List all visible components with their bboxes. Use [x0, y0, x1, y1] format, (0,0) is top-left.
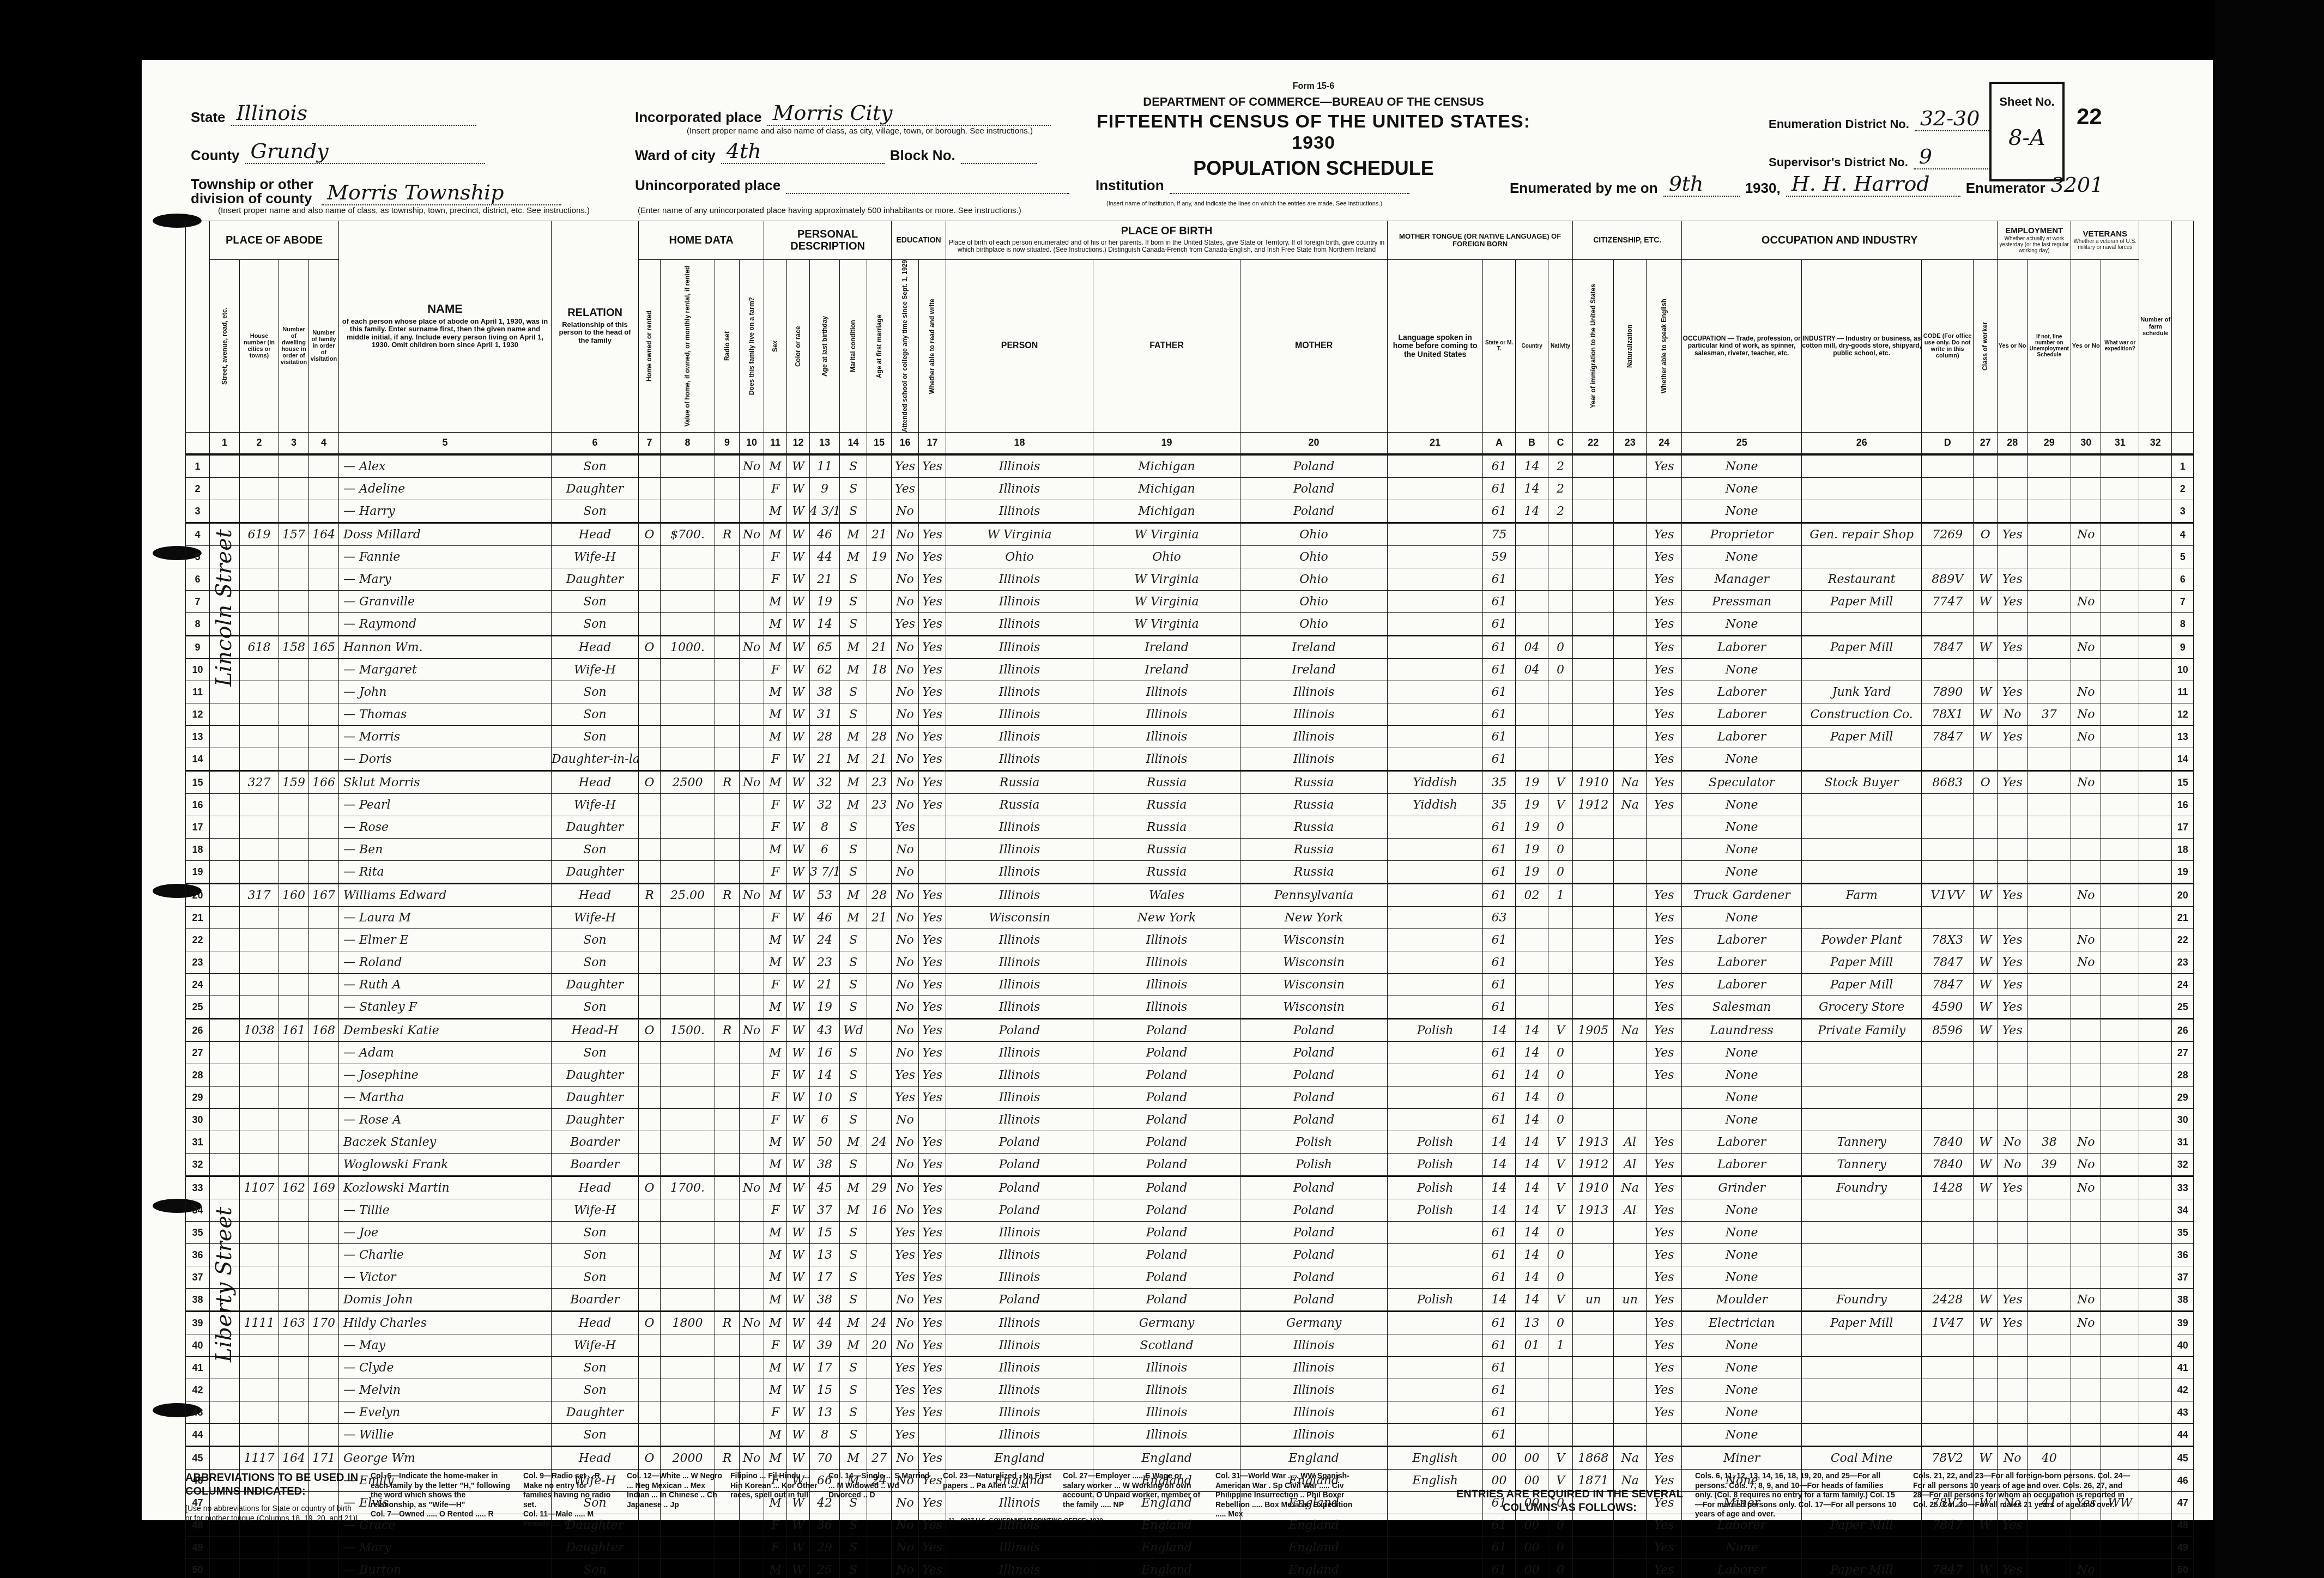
cell-natur: Na [1614, 794, 1647, 816]
cell-vet [2071, 500, 2101, 523]
cell-codeD [1922, 1109, 1974, 1131]
column-number: 14 [840, 433, 867, 455]
cell-war [2101, 1042, 2139, 1064]
cell-value [661, 816, 715, 839]
line-number-right: 36 [2172, 1244, 2194, 1266]
cell-marital: S [840, 816, 867, 839]
cell-natur [1614, 884, 1647, 907]
cell-house [240, 546, 279, 568]
cell-codeD [1922, 839, 1974, 861]
cell-codeB [1516, 1379, 1548, 1401]
cell-name: — Adeline [339, 478, 552, 500]
cell-codeB: 14 [1516, 1266, 1548, 1289]
cell-street [210, 726, 240, 748]
cell-pob: Illinois [946, 816, 1093, 839]
cell-family [309, 1537, 339, 1559]
cell-farm [740, 907, 764, 929]
cell-farmsch [2139, 839, 2172, 861]
cell-age: 10 [810, 1087, 840, 1109]
cell-codeA: 61 [1483, 454, 1516, 478]
cell-marital: S [840, 996, 867, 1019]
cell-value [661, 996, 715, 1019]
cell-age-marr: 21 [867, 907, 892, 929]
table-row: 24— Ruth ADaughterFW21SNoYesIllinoisIlli… [186, 974, 2194, 996]
cell-mother-pob: Illinois [1240, 748, 1388, 771]
cell-sex: M [764, 839, 787, 861]
cell-vet: No [2071, 523, 2101, 546]
cell-vet: No [2071, 1559, 2101, 1578]
cell-codeA: 61 [1483, 996, 1516, 1019]
cell-codeD: 7847 [1922, 951, 1974, 974]
cell-marital: S [840, 1244, 867, 1266]
cell-street [210, 929, 240, 951]
cell-vet: No [2071, 1154, 2101, 1176]
cell-english: Yes [1647, 771, 1682, 794]
cell-house [240, 748, 279, 771]
scan-border-right [2215, 0, 2324, 1578]
line-number-right: 27 [2172, 1042, 2194, 1064]
cell-farm [740, 1087, 764, 1109]
cell-english: Yes [1647, 568, 1682, 591]
cell-radio [715, 861, 740, 884]
cell-mother-pob: Poland [1240, 1289, 1388, 1312]
county-field: County Grundy [191, 139, 485, 164]
table-row: 261038161168Dembeski KatieHead-HO1500.RN… [186, 1019, 2194, 1042]
cell-owned [639, 703, 661, 726]
cell-industry: Restaurant [1802, 568, 1922, 591]
table-row: 18— BenSonMW6SNoIllinoisRussiaRussia6119… [186, 839, 2194, 861]
cell-marital: S [840, 1042, 867, 1064]
cell-value [661, 1131, 715, 1154]
col31-note: Col. 31—World War ..... WW Spanish-Ameri… [1215, 1471, 1357, 1519]
cell-tongue [1388, 839, 1483, 861]
cell-age-marr [867, 839, 892, 861]
cell-name: — Granville [339, 591, 552, 613]
cell-pob: Illinois [946, 884, 1093, 907]
line-number-right: 45 [2172, 1447, 2194, 1470]
cell-pob: Illinois [946, 703, 1093, 726]
cell-cls [1974, 1109, 1998, 1131]
cell-marital: S [840, 1357, 867, 1379]
cell-owned [639, 1266, 661, 1289]
cell-codeB: 14 [1516, 1222, 1548, 1244]
line-number-right: 50 [2172, 1559, 2194, 1578]
cell-war [2101, 613, 2139, 636]
cell-street [210, 861, 240, 884]
cell-vet: No [2071, 636, 2101, 659]
cell-vet [2071, 1222, 2101, 1244]
cell-father-pob: Russia [1093, 861, 1240, 884]
cell-read: Yes [919, 794, 946, 816]
cell-vet [2071, 839, 2101, 861]
cell-occupation: None [1682, 1042, 1802, 1064]
cell-natur [1614, 951, 1647, 974]
line-number: 36 [186, 1244, 210, 1266]
unincorporated-label: Unincorporated place [635, 177, 780, 194]
cell-family [309, 1559, 339, 1578]
cell-house [240, 907, 279, 929]
cell-name: Doss Millard [339, 523, 552, 546]
cell-house: 1111 [240, 1312, 279, 1334]
table-row: 37— VictorSonMW17SYesYesIllinoisPolandPo… [186, 1266, 2194, 1289]
department-name: DEPARTMENT OF COMMERCE—BUREAU OF THE CEN… [1090, 95, 1537, 109]
sex-header: Sex [764, 260, 787, 433]
cell-age-marr [867, 568, 892, 591]
cell-value [661, 1244, 715, 1266]
cell-cls [1974, 1424, 1998, 1447]
cell-relation: Boarder [552, 1131, 639, 1154]
cell-unemp [2028, 636, 2071, 659]
cell-immig [1573, 703, 1614, 726]
cell-age: 17 [810, 1357, 840, 1379]
cell-name: — Doris [339, 748, 552, 771]
cell-immig: 1910 [1573, 1176, 1614, 1199]
cell-name: — Ben [339, 839, 552, 861]
ed-value: 32-30 [1915, 106, 1991, 131]
cell-vet [2071, 816, 2101, 839]
cell-pob: Illinois [946, 951, 1093, 974]
cell-father-pob: W Virginia [1093, 523, 1240, 546]
cell-street [210, 794, 240, 816]
at-work-header: Yes or No [1998, 260, 2028, 433]
line-number-right: 17 [2172, 816, 2194, 839]
cell-radio [715, 1266, 740, 1289]
cell-natur [1614, 929, 1647, 951]
line-number-right: 25 [2172, 996, 2194, 1019]
cell-codeC: 0 [1548, 1087, 1573, 1109]
cell-cls [1974, 816, 1998, 839]
cell-pob: Poland [946, 1019, 1093, 1042]
cell-pob: Illinois [946, 454, 1093, 478]
person-birthplace-header: PERSON [946, 260, 1093, 433]
cell-english: Yes [1647, 1019, 1682, 1042]
cell-house [240, 1289, 279, 1312]
line-number: 2 [186, 478, 210, 500]
cell-atwork: No [1998, 703, 2028, 726]
cell-english: Yes [1647, 1244, 1682, 1266]
column-number: 31 [2101, 433, 2139, 455]
cell-codeC: V [1548, 1154, 1573, 1176]
cell-cls [1974, 1222, 1998, 1244]
war-header: What war or expedition? [2101, 260, 2139, 433]
cell-industry [1802, 839, 1922, 861]
cell-industry [1802, 1401, 1922, 1424]
cell-tongue [1388, 1064, 1483, 1087]
home-value-header: Value of home, if owned, or monthly rent… [661, 260, 715, 433]
cell-marital: M [840, 884, 867, 907]
page-number: 22 [2077, 104, 2102, 130]
cell-name: — Stanley F [339, 996, 552, 1019]
cell-owned: O [639, 1176, 661, 1199]
cell-vet [2071, 1357, 2101, 1379]
cell-radio: R [715, 1312, 740, 1334]
cell-street [210, 771, 240, 794]
cell-name: — Charlie [339, 1244, 552, 1266]
cell-father-pob: Illinois [1093, 1357, 1240, 1379]
cell-farm [740, 659, 764, 681]
cell-farm: No [740, 1312, 764, 1334]
cell-name: Kozlowski Martin [339, 1176, 552, 1199]
cell-occupation: Laborer [1682, 951, 1802, 974]
cell-sex: F [764, 794, 787, 816]
cell-english [1647, 478, 1682, 500]
cell-codeB: 14 [1516, 1199, 1548, 1222]
cell-occupation: Moulder [1682, 1289, 1802, 1312]
line-number: 37 [186, 1266, 210, 1289]
cell-owned [639, 1154, 661, 1176]
cell-immig [1573, 1424, 1614, 1447]
cell-farmsch [2139, 1109, 2172, 1131]
cell-dwelling [279, 500, 309, 523]
cell-vet: No [2071, 884, 2101, 907]
cell-codeD: 7847 [1922, 726, 1974, 748]
cell-age: 38 [810, 1154, 840, 1176]
cell-mother-pob: Illinois [1240, 726, 1388, 748]
cell-school: Yes [892, 478, 919, 500]
cell-natur [1614, 974, 1647, 996]
cell-marital: S [840, 951, 867, 974]
cell-house [240, 974, 279, 996]
cell-family [309, 1131, 339, 1154]
cell-english: Yes [1647, 929, 1682, 951]
cell-codeC [1548, 613, 1573, 636]
cell-codeB: 19 [1516, 816, 1548, 839]
cell-codeC [1548, 1424, 1573, 1447]
cell-name: — Roland [339, 951, 552, 974]
table-row: 43— EvelynDaughterFW13SYesYesIllinoisIll… [186, 1401, 2194, 1424]
cell-industry [1802, 1109, 1922, 1131]
cell-natur [1614, 907, 1647, 929]
cell-atwork [1998, 907, 2028, 929]
cell-cls: W [1974, 1019, 1998, 1042]
cell-mother-pob: Germany [1240, 1312, 1388, 1334]
cell-read: Yes [919, 748, 946, 771]
cell-read: Yes [919, 546, 946, 568]
cell-family: 166 [309, 771, 339, 794]
cell-school: No [892, 500, 919, 523]
cell-english: Yes [1647, 1289, 1682, 1312]
cell-value [661, 974, 715, 996]
cell-atwork: Yes [1998, 726, 2028, 748]
cell-age-marr [867, 1559, 892, 1578]
cell-age-marr: 21 [867, 523, 892, 546]
column-number: 22 [1573, 433, 1614, 455]
cell-father-pob: Poland [1093, 1222, 1240, 1244]
cell-atwork: Yes [1998, 951, 2028, 974]
cell-tongue [1388, 1559, 1483, 1578]
cell-race: W [787, 1244, 810, 1266]
cell-immig [1573, 681, 1614, 703]
cell-mother-pob: Russia [1240, 771, 1388, 794]
cell-occupation: None [1682, 1334, 1802, 1357]
cell-mother-pob: Poland [1240, 478, 1388, 500]
cell-occupation: Electrician [1682, 1312, 1802, 1334]
cell-tongue [1388, 974, 1483, 996]
cell-occupation: None [1682, 907, 1802, 929]
cell-dwelling [279, 794, 309, 816]
cell-industry [1802, 500, 1922, 523]
cell-codeC: 2 [1548, 454, 1573, 478]
cell-atwork [1998, 546, 2028, 568]
cell-marital: S [840, 1401, 867, 1424]
cell-farm [740, 681, 764, 703]
code-nativity-header: Nativity [1548, 260, 1573, 433]
cell-owned [639, 1222, 661, 1244]
cell-school: Yes [892, 1064, 919, 1087]
cell-marital: S [840, 703, 867, 726]
cell-value [661, 907, 715, 929]
cell-cls: W [1974, 636, 1998, 659]
cell-codeB: 00 [1516, 1559, 1548, 1578]
cell-farmsch [2139, 1019, 2172, 1042]
cell-street [210, 591, 240, 613]
cell-mother-pob: Wisconsin [1240, 974, 1388, 996]
line-number: 33 [186, 1176, 210, 1199]
cell-school: No [892, 996, 919, 1019]
cell-read: Yes [919, 1559, 946, 1578]
cell-race: W [787, 1087, 810, 1109]
cell-industry [1802, 546, 1922, 568]
cell-tongue [1388, 1266, 1483, 1289]
cell-codeC: V [1548, 794, 1573, 816]
cell-codeA: 61 [1483, 929, 1516, 951]
enumerator-label: Enumerator [1966, 180, 2045, 197]
cell-pob: Illinois [946, 1424, 1093, 1447]
cell-relation: Son [552, 1042, 639, 1064]
cell-radio [715, 613, 740, 636]
cell-dwelling [279, 929, 309, 951]
cell-name: — Willie [339, 1424, 552, 1447]
cell-cls [1974, 794, 1998, 816]
cell-race: W [787, 1176, 810, 1199]
cell-natur: Na [1614, 1176, 1647, 1199]
cell-english: Yes [1647, 1154, 1682, 1176]
cell-owned: O [639, 523, 661, 546]
cell-owned [639, 816, 661, 839]
cell-father-pob: Wales [1093, 884, 1240, 907]
cell-occupation: None [1682, 1401, 1802, 1424]
cell-value [661, 454, 715, 478]
supervisor-label: Supervisor's District No. [1769, 155, 1908, 169]
cell-farm: No [740, 1019, 764, 1042]
line-number: 44 [186, 1424, 210, 1447]
table-row: 27— AdamSonMW16SNoYesIllinoisPolandPolan… [186, 1042, 2194, 1064]
cell-codeC: 2 [1548, 478, 1573, 500]
cell-immig [1573, 591, 1614, 613]
cell-natur [1614, 996, 1647, 1019]
cell-unemp [2028, 929, 2071, 951]
cell-race: W [787, 1131, 810, 1154]
line-number-right: 41 [2172, 1357, 2194, 1379]
column-number: 32 [2139, 433, 2172, 455]
line-number: 42 [186, 1379, 210, 1401]
cell-father-pob: England [1093, 1537, 1240, 1559]
cell-vet [2071, 1401, 2101, 1424]
cell-radio [715, 974, 740, 996]
cell-age: 29 [810, 1537, 840, 1559]
cell-owned [639, 478, 661, 500]
cell-marital: S [840, 568, 867, 591]
cell-codeA: 59 [1483, 546, 1516, 568]
cell-cls: W [1974, 1289, 1998, 1312]
cell-marital: S [840, 1379, 867, 1401]
cell-codeD: 7890 [1922, 681, 1974, 703]
cell-house: 618 [240, 636, 279, 659]
cell-codeD [1922, 861, 1974, 884]
cell-codeD [1922, 1401, 1974, 1424]
cell-street [210, 478, 240, 500]
cell-farm [740, 861, 764, 884]
cell-farm [740, 1042, 764, 1064]
cell-english: Yes [1647, 454, 1682, 478]
cell-cls: W [1974, 974, 1998, 996]
cell-codeA: 61 [1483, 861, 1516, 884]
cell-relation: Son [552, 703, 639, 726]
cell-owned [639, 996, 661, 1019]
cell-atwork: Yes [1998, 884, 2028, 907]
line-number-header-right [2172, 221, 2194, 433]
cell-father-pob: Illinois [1093, 1379, 1240, 1401]
cell-value [661, 546, 715, 568]
cell-relation: Daughter [552, 974, 639, 996]
cell-codeB: 14 [1516, 1042, 1548, 1064]
column-number: 23 [1614, 433, 1647, 455]
cell-codeA: 75 [1483, 523, 1516, 546]
cell-race: W [787, 726, 810, 748]
cell-english [1647, 839, 1682, 861]
cell-father-pob: Illinois [1093, 681, 1240, 703]
cell-atwork [1998, 1357, 2028, 1379]
cell-immig [1573, 861, 1614, 884]
cell-dwelling [279, 1559, 309, 1578]
cell-name: — Fannie [339, 546, 552, 568]
cell-codeC [1548, 681, 1573, 703]
cell-age-marr [867, 1289, 892, 1312]
table-row: 12— ThomasSonMW31SNoYesIllinoisIllinoisI… [186, 703, 2194, 726]
cell-sex: M [764, 1042, 787, 1064]
cell-codeD: 1V47 [1922, 1312, 1974, 1334]
cell-farmsch [2139, 659, 2172, 681]
cell-farm [740, 1244, 764, 1266]
cell-marital: Wd [840, 1019, 867, 1042]
cell-father-pob: W Virginia [1093, 591, 1240, 613]
abbreviations-note: [Use no abbreviations for State or count… [185, 1504, 360, 1523]
ward-field: Ward of city 4th Block No. [635, 139, 1037, 164]
cell-immig [1573, 568, 1614, 591]
cell-vet [2071, 1244, 2101, 1266]
cell-cls [1974, 1379, 1998, 1401]
cell-occupation: None [1682, 1199, 1802, 1222]
cell-immig [1573, 1109, 1614, 1131]
cell-sex: M [764, 613, 787, 636]
cell-father-pob: Illinois [1093, 703, 1240, 726]
cell-school: No [892, 591, 919, 613]
cell-immig [1573, 816, 1614, 839]
cell-street [210, 1042, 240, 1064]
cell-industry: Tannery [1802, 1131, 1922, 1154]
cell-tongue: Polish [1388, 1199, 1483, 1222]
cell-street [210, 613, 240, 636]
cell-immig [1573, 1559, 1614, 1578]
cell-relation: Son [552, 500, 639, 523]
table-row: 13— MorrisSonMW28M28NoYesIllinoisIllinoi… [186, 726, 2194, 748]
cell-marital: S [840, 1424, 867, 1447]
cell-age: 19 [810, 591, 840, 613]
cell-dwelling [279, 1244, 309, 1266]
cell-occupation: None [1682, 500, 1802, 523]
cell-mother-pob: Pennsylvania [1240, 884, 1388, 907]
cell-codeB [1516, 703, 1548, 726]
